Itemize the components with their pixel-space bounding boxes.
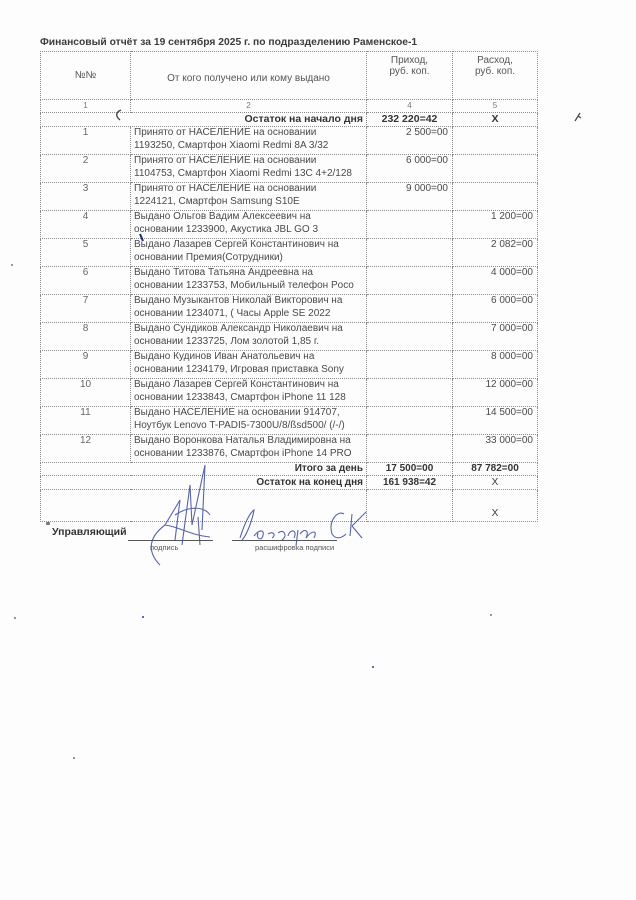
row-description-line1: Принято от НАСЕЛЕНИЕ на основании	[134, 127, 363, 140]
row-description: Принято от НАСЕЛЕНИЕ на основании1104753…	[131, 155, 367, 183]
row-number: 4	[41, 211, 131, 239]
table-row: 8Выдано Сундиков Александр Николаевич на…	[41, 323, 538, 351]
closing-balance-expense: X	[453, 476, 538, 490]
row-description: Принято от НАСЕЛЕНИЕ на основании1224121…	[131, 183, 367, 211]
table-row: 11Выдано НАСЕЛЕНИЕ на основании 914707,Н…	[41, 407, 538, 435]
row-income	[367, 239, 453, 267]
row-number: 1	[41, 127, 131, 155]
row-expense: 6 000=00	[453, 295, 538, 323]
row-expense: 7 000=00	[453, 323, 538, 351]
row-expense: 4 000=00	[453, 267, 538, 295]
row-description-line1: Выдано Лазарев Сергей Константинович на	[134, 239, 363, 252]
row-income: 2 500=00	[367, 127, 453, 155]
row-number: 11	[41, 407, 131, 435]
row-description-line2: основании Премия(Сотрудники)	[134, 252, 363, 265]
header-description: От кого получено или кому выдано	[131, 52, 367, 100]
empty-cell	[41, 490, 367, 522]
opening-balance-label: Остаток на начало дня	[41, 113, 367, 127]
row-description-line2: основании 1234179, Игровая приставка Son…	[134, 364, 363, 377]
header-income-line1: Приход,	[370, 55, 449, 66]
opening-balance-income: 232 220=42	[367, 113, 453, 127]
scan-speck	[142, 616, 144, 618]
scan-speck	[11, 264, 13, 266]
row-description: Выдано Ольгов Вадим Алексеевич наоснован…	[131, 211, 367, 239]
row-income	[367, 295, 453, 323]
signature-row: X	[41, 490, 538, 522]
row-expense	[453, 155, 538, 183]
row-description-line2: основании 1233753, Мобильный телефон Poc…	[134, 280, 363, 293]
row-description: Выдано Лазарев Сергей Константинович нао…	[131, 379, 367, 407]
row-number: 5	[41, 239, 131, 267]
header-number: №№	[41, 52, 131, 100]
row-income	[367, 379, 453, 407]
manager-label: Управляющий	[52, 526, 127, 538]
signature-caption: подпись	[150, 543, 178, 552]
row-description-line1: Выдано Ольгов Вадим Алексеевич на	[134, 211, 363, 224]
table-row: 2Принято от НАСЕЛЕНИЕ на основании110475…	[41, 155, 538, 183]
empty-cell	[367, 490, 453, 522]
row-description-line2: 1224121, Смартфон Samsung S10E	[134, 196, 363, 209]
table-row: 5Выдано Лазарев Сергей Константинович на…	[41, 239, 538, 267]
row-description-line2: основании 1233876, Смартфон iPhone 14 PR…	[134, 448, 363, 461]
row-description: Выдано Кудинов Иван Анатольевич наоснова…	[131, 351, 367, 379]
row-number: 3	[41, 183, 131, 211]
row-number: 6	[41, 267, 131, 295]
opening-balance-expense: X	[453, 113, 538, 127]
row-number: 8	[41, 323, 131, 351]
day-total-income: 17 500=00	[367, 463, 453, 476]
row-number: 12	[41, 435, 131, 463]
row-description: Выдано Сундиков Александр Николаевич нао…	[131, 323, 367, 351]
row-description-line1: Выдано НАСЕЛЕНИЕ на основании 914707,	[134, 407, 363, 420]
table-header-row: №№ От кого получено или кому выдано Прих…	[41, 52, 538, 100]
row-description: Принято от НАСЕЛЕНИЕ на основании1193250…	[131, 127, 367, 155]
day-total-expense: 87 782=00	[453, 463, 538, 476]
decoding-line	[232, 540, 337, 541]
empty-row-expense: X	[453, 490, 538, 522]
row-expense	[453, 127, 538, 155]
column-number: 4	[367, 100, 453, 113]
row-description-line2: 1104753, Смартфон Xiaomi Redmi 13C 4+2/1…	[134, 168, 363, 181]
row-description-line2: основании 1233900, Акустика JBL GO 3	[134, 224, 363, 237]
table-row: 6Выдано Титова Татьяна Андреевна наоснов…	[41, 267, 538, 295]
row-description-line2: основании 1234071, ( Часы Apple SE 2022	[134, 308, 363, 321]
closing-balance-income: 161 938=42	[367, 476, 453, 490]
row-expense: 12 000=00	[453, 379, 538, 407]
row-description-line2: основании 1233725, Лом золотой 1,85 г.	[134, 336, 363, 349]
row-income: 6 000=00	[367, 155, 453, 183]
row-number: 10	[41, 379, 131, 407]
row-description-line2: 1193250, Смартфон Xiaomi Redmi 8A 3/32	[134, 140, 363, 153]
column-number: 1	[41, 100, 131, 113]
row-income	[367, 323, 453, 351]
header-expense: Расход, руб. коп.	[453, 52, 538, 100]
row-description-line1: Принято от НАСЕЛЕНИЕ на основании	[134, 155, 363, 168]
column-number: 2	[131, 100, 367, 113]
row-description-line1: Выдано Сундиков Александр Николаевич на	[134, 323, 363, 336]
day-total-label: Итого за день	[41, 463, 367, 476]
column-number: 5	[453, 100, 538, 113]
scan-speck	[73, 757, 75, 759]
table-row: 7Выдано Музыкантов Николай Викторович на…	[41, 295, 538, 323]
decoding-caption: расшифровка подписи	[255, 543, 334, 552]
row-number: 2	[41, 155, 131, 183]
row-description: Выдано Лазарев Сергей Константинович нао…	[131, 239, 367, 267]
row-expense: 14 500=00	[453, 407, 538, 435]
table-row: 12Выдано Воронкова Наталья Владимировна …	[41, 435, 538, 463]
row-income	[367, 267, 453, 295]
header-expense-line1: Расход,	[456, 55, 534, 66]
transaction-rows: 1Принято от НАСЕЛЕНИЕ на основании119325…	[41, 127, 538, 463]
table-row: 9Выдано Кудинов Иван Анатольевич наоснов…	[41, 351, 538, 379]
row-number: 9	[41, 351, 131, 379]
pen-mark-icon	[572, 110, 584, 124]
table-row: 3Принято от НАСЕЛЕНИЕ на основании122412…	[41, 183, 538, 211]
row-number: 7	[41, 295, 131, 323]
row-income	[367, 435, 453, 463]
row-income	[367, 211, 453, 239]
closing-balance-row: Остаток на конец дня 161 938=42 X	[41, 476, 538, 490]
closing-balance-label: Остаток на конец дня	[41, 476, 367, 490]
row-description-line1: Выдано Воронкова Наталья Владимировна на	[134, 435, 363, 448]
report-title: Финансовый отчёт за 19 сентября 2025 г. …	[40, 37, 417, 48]
row-description-line1: Выдано Титова Татьяна Андреевна на	[134, 267, 363, 280]
row-description: Выдано Титова Татьяна Андреевна наоснова…	[131, 267, 367, 295]
row-description-line1: Выдано Музыкантов Николай Викторович на	[134, 295, 363, 308]
row-expense	[453, 183, 538, 211]
row-expense: 2 082=00	[453, 239, 538, 267]
table-row: 4Выдано Ольгов Вадим Алексеевич наоснова…	[41, 211, 538, 239]
row-description: Выдано Воронкова Наталья Владимировна на…	[131, 435, 367, 463]
row-description: Выдано НАСЕЛЕНИЕ на основании 914707,Ноу…	[131, 407, 367, 435]
row-description-line2: основании 1233843, Смартфон iPhone 11 12…	[134, 392, 363, 405]
row-description-line1: Выдано Кудинов Иван Анатольевич на	[134, 351, 363, 364]
row-description-line2: Ноутбук Lenovo T-PADI5-7300U/8/ßsd500/ (…	[134, 420, 363, 433]
row-income: 9 000=00	[367, 183, 453, 211]
row-expense: 8 000=00	[453, 351, 538, 379]
scan-speck	[46, 522, 50, 525]
header-expense-line2: руб. коп.	[456, 66, 534, 77]
row-expense: 33 000=00	[453, 435, 538, 463]
scan-speck	[372, 666, 374, 668]
header-income-line2: руб. коп.	[370, 66, 449, 77]
row-income	[367, 351, 453, 379]
row-description: Выдано Музыкантов Николай Викторович нао…	[131, 295, 367, 323]
row-expense: 1 200=00	[453, 211, 538, 239]
day-total-row: Итого за день 17 500=00 87 782=00	[41, 463, 538, 476]
table-row: 1Принято от НАСЕЛЕНИЕ на основании119325…	[41, 127, 538, 155]
table-row: 10Выдано Лазарев Сергей Константинович н…	[41, 379, 538, 407]
opening-balance-row: Остаток на начало дня 232 220=42 X	[41, 113, 538, 127]
scan-speck	[490, 614, 492, 616]
row-description-line1: Выдано Лазарев Сергей Константинович на	[134, 379, 363, 392]
row-income	[367, 407, 453, 435]
header-income: Приход, руб. коп.	[367, 52, 453, 100]
scan-speck	[14, 617, 16, 619]
column-number-row: 1 2 4 5	[41, 100, 538, 113]
cash-report-table: №№ От кого получено или кому выдано Прих…	[40, 51, 538, 522]
row-description-line1: Принято от НАСЕЛЕНИЕ на основании	[134, 183, 363, 196]
signature-line	[128, 540, 213, 541]
